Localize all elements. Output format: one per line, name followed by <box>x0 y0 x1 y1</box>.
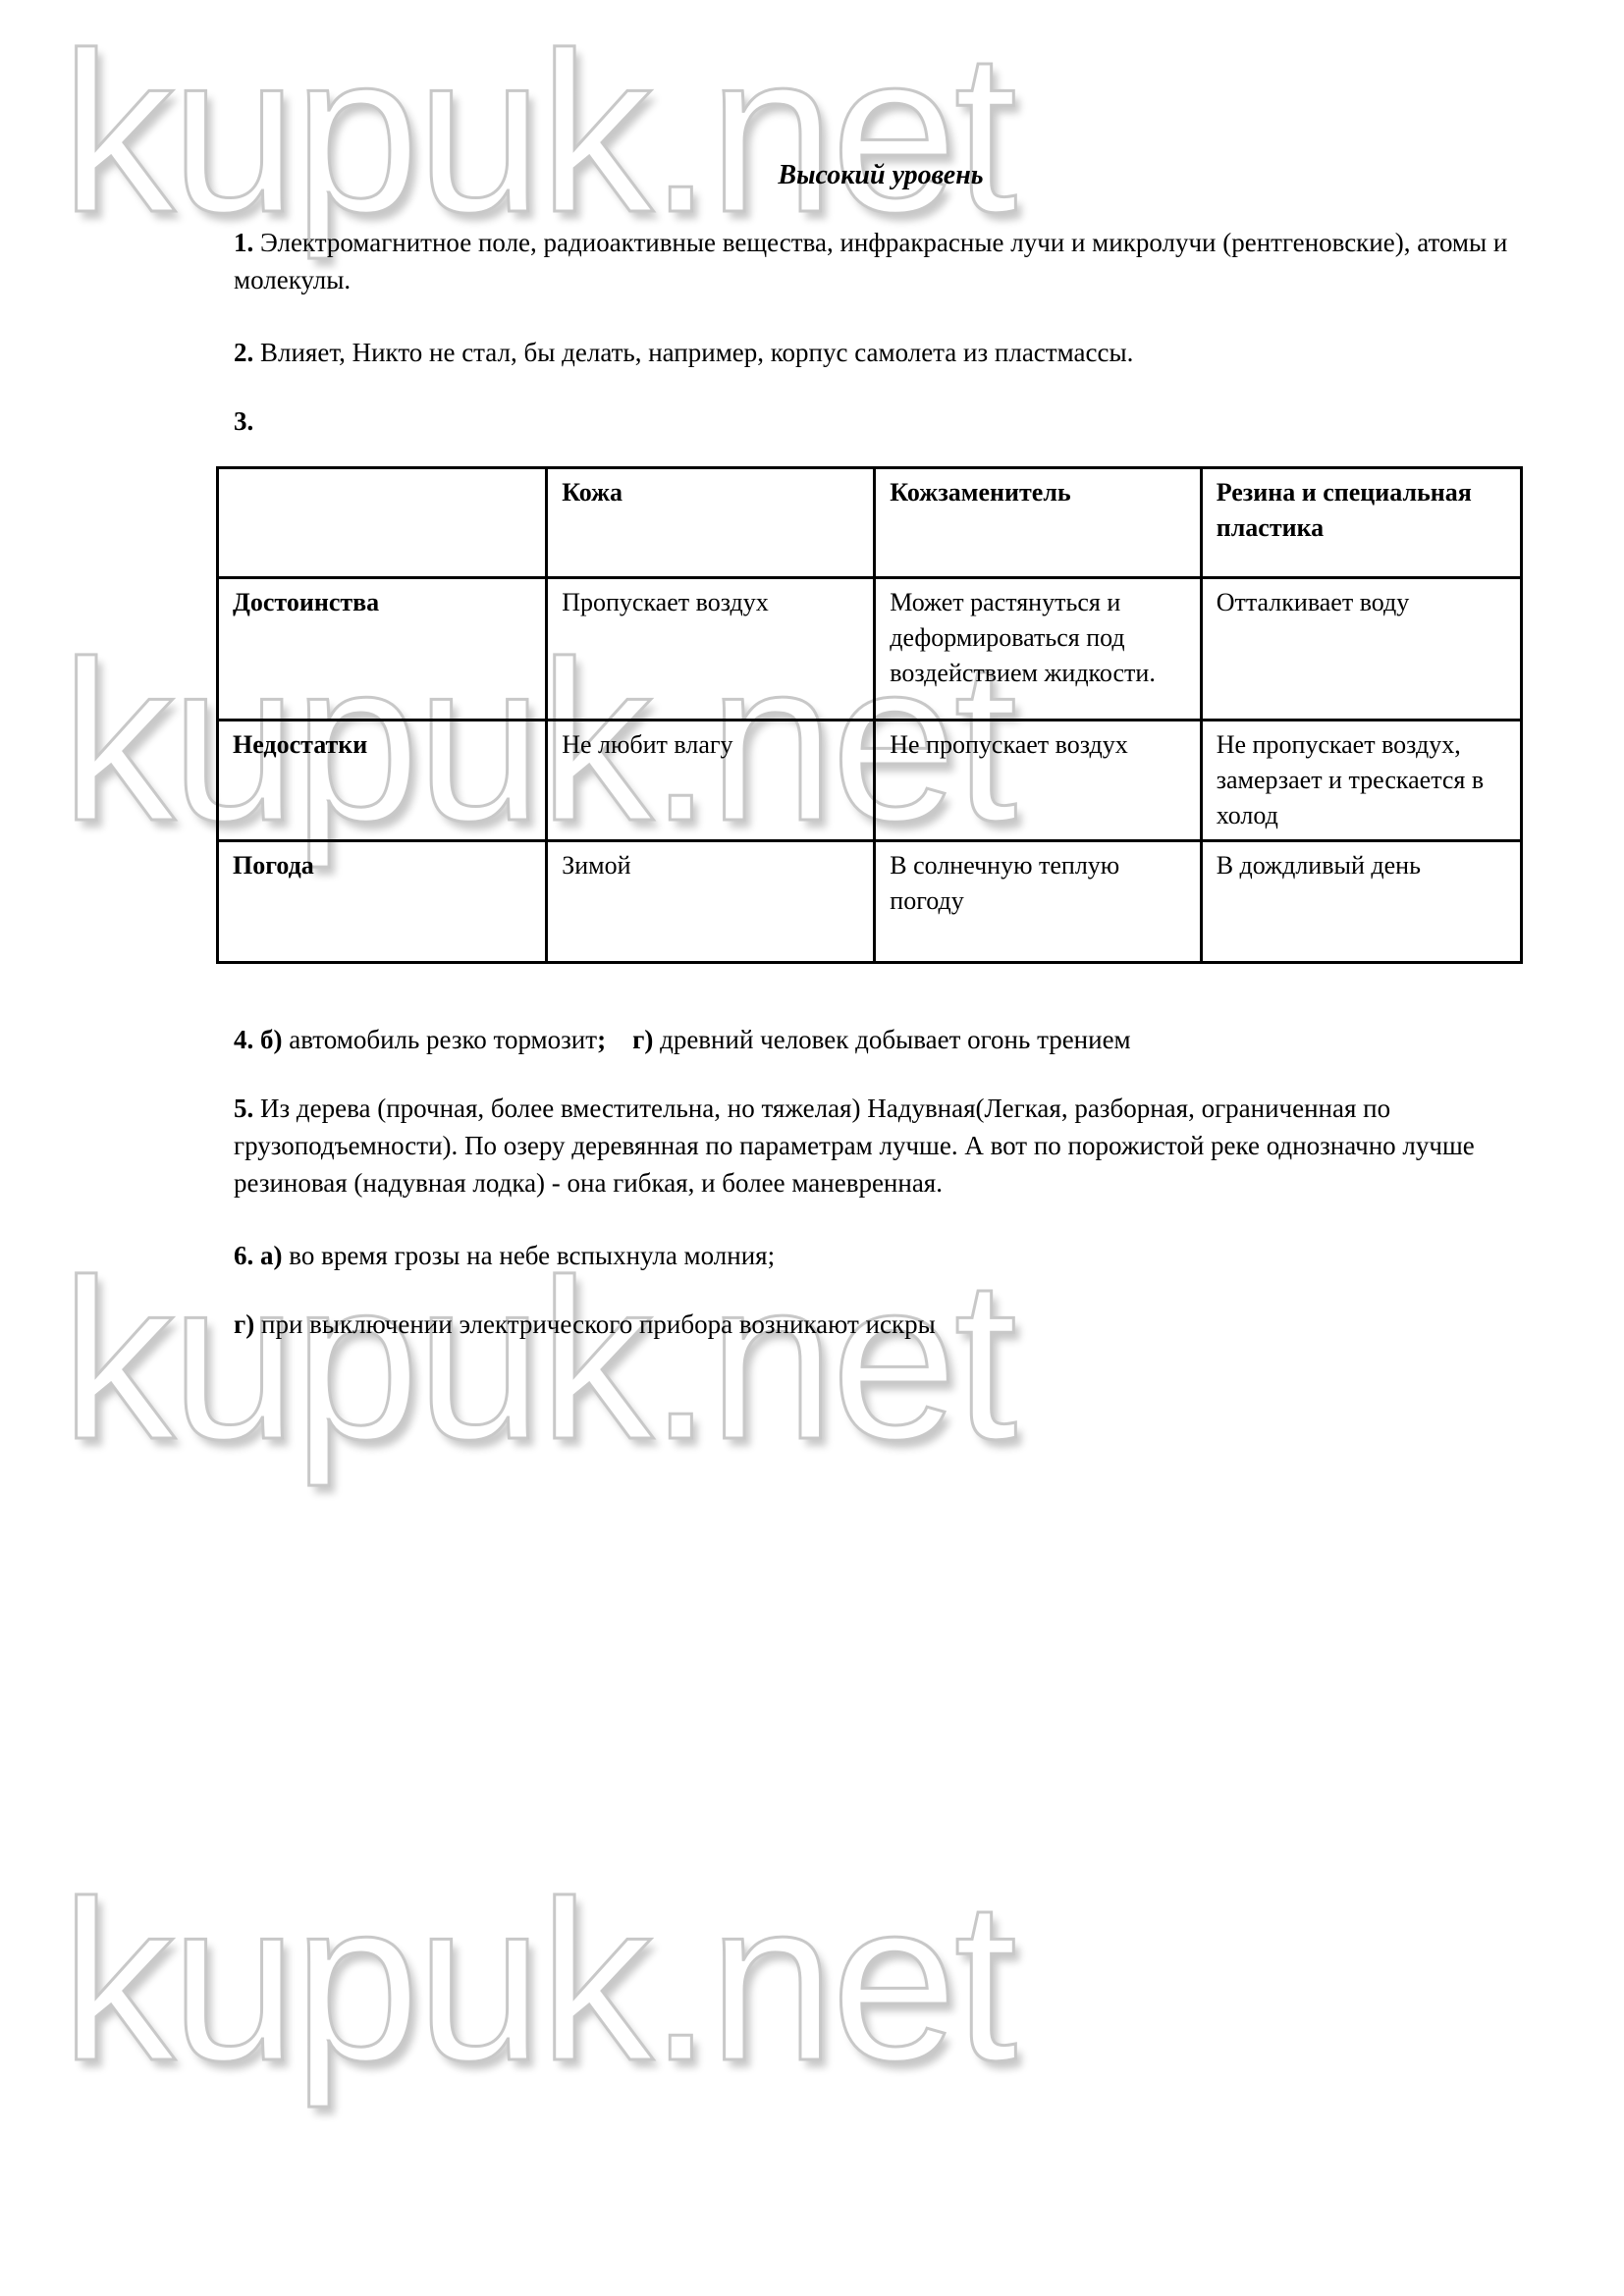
table-cell: Не пропускает воздух, замерзает и треска… <box>1201 721 1521 841</box>
table-cell: Зимой <box>547 841 875 963</box>
table-header-cell: Резина и специальная пластика <box>1201 468 1521 578</box>
table-header-cell: Кожзаменитель <box>875 468 1201 578</box>
option-letter: г) <box>632 1025 653 1054</box>
option-text: древний человек добывает огонь трением <box>653 1025 1130 1054</box>
option-separator: ; <box>597 1025 606 1054</box>
answer-text: Из дерева (прочная, более вместительна, … <box>234 1094 1475 1198</box>
table-cell: Пропускает воздух <box>547 578 875 721</box>
row-label: Погода <box>218 841 547 963</box>
table-row: Недостатки Не любит влагу Не пропускает … <box>218 721 1522 841</box>
section-title: Высокий уровень <box>0 157 1624 194</box>
answer-number: 1. <box>234 228 253 257</box>
answer-number: 4. <box>234 1025 253 1054</box>
option-text: автомобиль резко тормозит <box>283 1025 598 1054</box>
answer-number: 2. <box>234 338 253 367</box>
table-cell: Не любит влагу <box>547 721 875 841</box>
table-cell: Не пропускает воздух <box>875 721 1201 841</box>
answer-1: 1. Электромагнитное поле, радиоактивные … <box>234 224 1530 298</box>
option-text: при выключении электрического прибора во… <box>254 1309 935 1339</box>
table-cell: В дождливый день <box>1201 841 1521 963</box>
answer-number: 6. <box>234 1241 253 1270</box>
document-page: kupuk.net kupuk.net kupuk.net kupuk.net … <box>0 0 1624 2296</box>
answer-number: 5. <box>234 1094 253 1123</box>
row-label: Недостатки <box>218 721 547 841</box>
table-row: Достоинства Пропускает воздух Может раст… <box>218 578 1522 721</box>
table-header-cell: Кожа <box>547 468 875 578</box>
comparison-table: Кожа Кожзаменитель Резина и специальная … <box>216 466 1523 964</box>
answer-5: 5. Из дерева (прочная, более вместительн… <box>234 1090 1530 1201</box>
watermark: kupuk.net <box>61 1247 1013 1474</box>
table-cell: Может растянуться и деформироваться под … <box>875 578 1201 721</box>
option-letter: а) <box>260 1241 283 1270</box>
answer-text: Влияет, Никто не стал, бы делать, наприм… <box>260 338 1133 367</box>
option-letter: б) <box>260 1025 283 1054</box>
answer-text: Электромагнитное поле, радиоактивные вещ… <box>234 228 1507 294</box>
table-cell: В солнечную теплую погоду <box>875 841 1201 963</box>
answer-3: 3. <box>234 402 1530 440</box>
watermark: kupuk.net <box>61 20 1013 247</box>
answer-6-option-g: г) при выключении электрического прибора… <box>234 1306 1530 1343</box>
row-label: Достоинства <box>218 578 547 721</box>
option-letter: г) <box>234 1309 254 1339</box>
table-cell: Отталкивает воду <box>1201 578 1521 721</box>
table-row: Погода Зимой В солнечную теплую погоду В… <box>218 841 1522 963</box>
answer-6: 6. а) во время грозы на небе вспыхнула м… <box>234 1237 1530 1274</box>
table-header-cell <box>218 468 547 578</box>
answer-number: 3. <box>234 406 253 436</box>
answer-2: 2. Влияет, Никто не стал, бы делать, нап… <box>234 334 1530 371</box>
table-header-row: Кожа Кожзаменитель Резина и специальная … <box>218 468 1522 578</box>
watermark: kupuk.net <box>61 1868 1013 2096</box>
option-text: во время грозы на небе вспыхнула молния; <box>283 1241 776 1270</box>
answer-4: 4. б) автомобиль резко тормозит; г) древ… <box>234 1021 1530 1058</box>
